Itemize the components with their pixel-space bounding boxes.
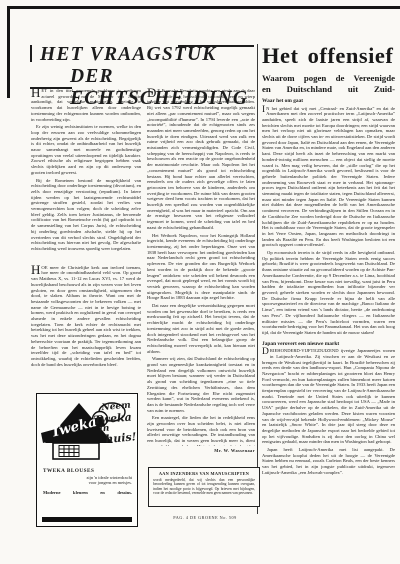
tweka-copy-line-bottom: Moderne kleuren en dessins. (43, 490, 132, 495)
footer-page-info: PAG. 4 DE GROENE No. 509 (147, 515, 263, 520)
drop-cap: D (262, 348, 269, 356)
tweka-slogan: Neem Tweka in huis! (92, 401, 137, 446)
headline-bracket-rule-left (30, 45, 32, 62)
tweka-copy-lines: zijn 'n ideale winterdracht voor jongens… (43, 475, 132, 486)
paragraph: IN het gebied dat wij met „Centraal- en … (262, 106, 395, 249)
right-article-subtitle-line2: en Duitschland uit Zuid- (262, 84, 395, 95)
column-divider-rule (257, 44, 258, 514)
paragraph: HET in den titel genoemde probleem is we… (31, 88, 141, 122)
paragraph: Het Wetboek Napoleon, voor het Koningrij… (147, 233, 255, 301)
left-article-column-1: HET in den titel genoemde probleem is we… (31, 88, 141, 390)
page-frame-left-rule (7, 6, 10, 98)
paragraph: Op economisch terrein is de strijd reeds… (262, 250, 395, 336)
tweka-slogan-line: huis! (105, 431, 138, 445)
drop-cap: H (31, 265, 40, 275)
right-article-column: Het offensief Waarom pogen de Vereenigde… (262, 44, 395, 516)
tweka-product-name: TWEKA BLOUSES (43, 468, 132, 474)
paragraph: Japan heeft Latijnsch-Amerika met list a… (262, 447, 395, 476)
left-article-title-line1: HET VRAAGSTUK (40, 44, 256, 66)
drop-cap: I (262, 106, 265, 114)
byline: Mr. W. Wassenaar (147, 448, 255, 453)
tweka-advertisement: Tweka Neem Tweka in huis! TWEKA BLOUSES … (36, 393, 138, 527)
section-heading-japan-verovert: Japan verovert een nieuwe markt (262, 341, 395, 347)
paragraph: DRIEHONDERD-VIJFTIGDUIZEND ijverige Japa… (262, 348, 395, 445)
newspaper-page: HET VRAAGSTUK DER ECHTSCHEIDING HET in d… (0, 0, 400, 564)
paragraph: Een maatregel, die lieden die het in red… (147, 415, 255, 446)
page-frame-top-rule (7, 6, 400, 9)
notice-body: wordt medegedeeld, dat wij slechts dan e… (153, 478, 255, 496)
paragraph: Wanneer wij zien, dat Duitschland de ech… (147, 356, 255, 413)
paragraph: Er zijn weinig rechtsinstituten te noeme… (31, 124, 141, 175)
tweka-copy-line: voor jongens en meisjes. (43, 480, 132, 485)
drop-cap: D (147, 88, 156, 98)
right-article-title: Het offensief (262, 44, 395, 68)
notice-heading: AAN INZENDERS VAN MANUSCRIPTEN (153, 471, 255, 476)
paragraph: Bij de Romeinen bestond de mogelijkheid … (31, 178, 141, 252)
headline-bracket-rule-top (178, 45, 254, 47)
drop-cap: H (31, 88, 40, 98)
right-article-subtitle-line1: Waarom pogen de Vereenigde (262, 73, 395, 84)
paragraph: HOE meer de Christelijke kerk aan invloe… (31, 265, 141, 368)
tweka-slogan-line: Tweka (93, 411, 136, 426)
paragraph: DE Fransche Revolutie maakte een einde a… (147, 88, 255, 231)
section-heading-waar-het-om-gaat: Waar het om gaat (262, 98, 395, 104)
left-article-column-2: DE Fransche Revolutie maakte een einde a… (147, 88, 255, 446)
house-window (59, 446, 79, 457)
tweka-ad-bottom-bar (42, 517, 132, 522)
manuscripts-notice-box: AAN INZENDERS VAN MANUSCRIPTEN wordt med… (148, 467, 260, 507)
paragraph: Dat naar een dergelijke wetsontduiking g… (147, 303, 255, 354)
